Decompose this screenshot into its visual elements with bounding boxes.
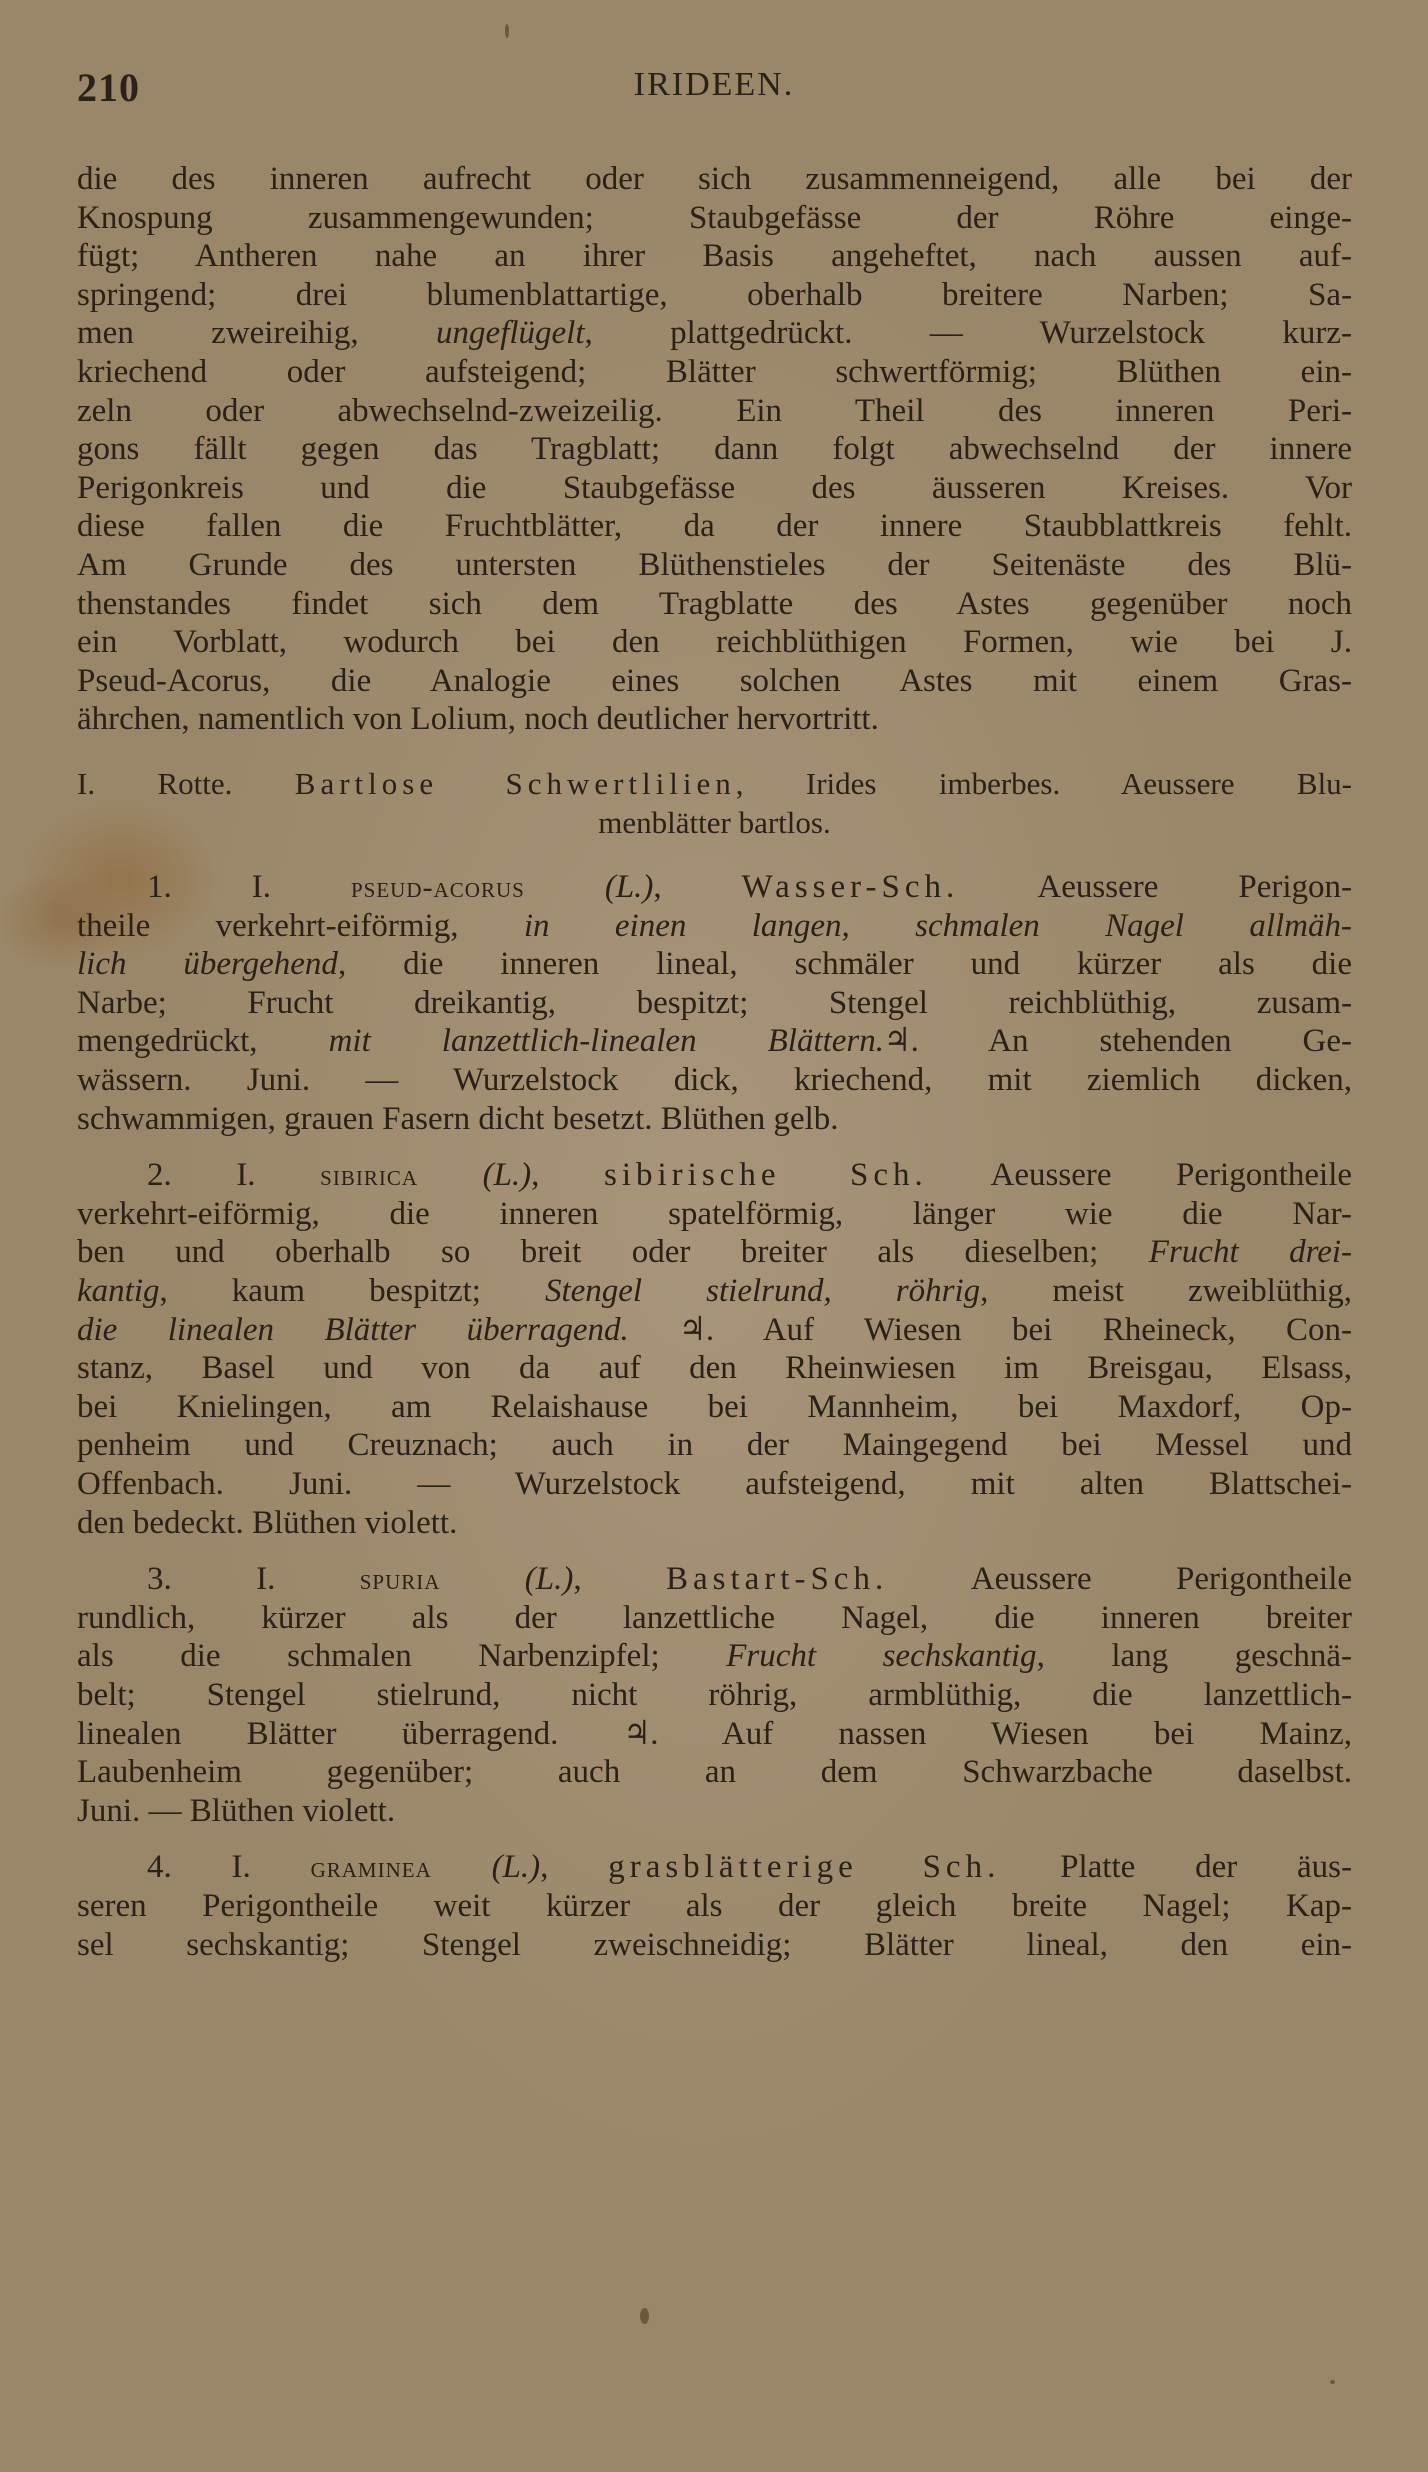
text-line: Offenbach. Juni. — Wurzelstock aufsteige…	[77, 1465, 1352, 1504]
text-line: kriechend oder aufsteigend; Blätter schw…	[77, 353, 1352, 392]
text-line: verkehrt-eiförmig, die inneren spatelför…	[77, 1195, 1352, 1234]
text-line: den bedeckt. Blüthen violett.	[77, 1504, 1352, 1543]
paper-speck	[640, 2308, 649, 2324]
text-line: springend; drei blumenblattartige, oberh…	[77, 276, 1352, 315]
text-line: menblätter bartlos.	[77, 804, 1352, 843]
species-heading-line: 1. I. pseud-acorus (L.), Wasser-Sch. Aeu…	[77, 868, 1352, 907]
spacer	[77, 1542, 1352, 1560]
species-name: spuria	[360, 1562, 441, 1596]
body-text: die des inneren aufrecht oder sich zusam…	[77, 160, 1352, 1964]
text-line: I. Rotte. Bartlose Schwertlilien, Irides…	[77, 765, 1352, 804]
text-line: stanz, Basel und von da auf den Rheinwie…	[77, 1349, 1352, 1388]
text-line: theile verkehrt-eiförmig, in einen lange…	[77, 907, 1352, 946]
text-line: ben und oberhalb so breit oder breiter a…	[77, 1233, 1352, 1272]
spacer	[77, 739, 1352, 765]
species-entry: 3. I. spuria (L.), Bastart-Sch. Aeussere…	[77, 1560, 1352, 1830]
text-line: sel sechskantig; Stengel zweischneidig; …	[77, 1926, 1352, 1965]
text-line: rundlich, kürzer als der lanzettliche Na…	[77, 1599, 1352, 1638]
species-entry: 1. I. pseud-acorus (L.), Wasser-Sch. Aeu…	[77, 868, 1352, 1138]
text-line: thenstandes findet sich dem Tragblatte d…	[77, 585, 1352, 624]
species-heading-line: 2. I. sibirica (L.), sibirische Sch. Aeu…	[77, 1156, 1352, 1195]
text-line: Am Grunde des untersten Blüthenstieles d…	[77, 546, 1352, 585]
text-line: die linealen Blätter überragend. ♃. Auf …	[77, 1311, 1352, 1350]
text-line: diese fallen die Fruchtblätter, da der i…	[77, 507, 1352, 546]
species-name: sibirica	[320, 1158, 418, 1192]
text-line: Laubenheim gegenüber; auch an dem Schwar…	[77, 1753, 1352, 1792]
text-line: zeln oder abwechselnd-zweizeilig. Ein Th…	[77, 392, 1352, 431]
text-line: Narbe; Frucht dreikantig, bespitzt; Sten…	[77, 984, 1352, 1023]
text-line: seren Perigontheile weit kürzer als der …	[77, 1887, 1352, 1926]
text-line: Perigonkreis und die Staubgefässe des äu…	[77, 469, 1352, 508]
text-line: kantig, kaum bespitzt; Stengel stielrund…	[77, 1272, 1352, 1311]
species-name: pseud-acorus	[351, 870, 525, 904]
spacer	[77, 1830, 1352, 1848]
running-head: 210 IRIDEEN.	[77, 64, 1351, 114]
species-entry: 4. I. graminea (L.), grasblätterige Sch.…	[77, 1848, 1352, 1964]
text-line: linealen Blätter überragend. ♃. Auf nass…	[77, 1715, 1352, 1754]
text-line: die des inneren aufrecht oder sich zusam…	[77, 160, 1352, 199]
text-line: mengedrückt, mit lanzettlich-linealen Bl…	[77, 1022, 1352, 1061]
text-line: Pseud-Acorus, die Analogie eines solchen…	[77, 662, 1352, 701]
species-heading-line: 3. I. spuria (L.), Bastart-Sch. Aeussere…	[77, 1560, 1352, 1599]
text-line: Knospung zusammengewunden; Staubgefässe …	[77, 199, 1352, 238]
paper-speck	[1330, 2380, 1335, 2384]
text-line: gons fällt gegen das Tragblatt; dann fol…	[77, 430, 1352, 469]
text-line: als die schmalen Narbenzipfel; Frucht se…	[77, 1637, 1352, 1676]
text-line: ährchen, namentlich von Lolium, noch deu…	[77, 700, 1352, 739]
text-line: schwammigen, grauen Fasern dicht besetzt…	[77, 1100, 1352, 1139]
text-line: lich übergehend, die inneren lineal, sch…	[77, 945, 1352, 984]
text-line: wässern. Juni. — Wurzelstock dick, kriec…	[77, 1061, 1352, 1100]
text-line: belt; Stengel stielrund, nicht röhrig, a…	[77, 1676, 1352, 1715]
intro-paragraph: die des inneren aufrecht oder sich zusam…	[77, 160, 1352, 739]
species-heading-line: 4. I. graminea (L.), grasblätterige Sch.…	[77, 1848, 1352, 1887]
species-name: graminea	[311, 1850, 432, 1884]
spacer	[77, 1138, 1352, 1156]
text-line: fügt; Antheren nahe an ihrer Basis angeh…	[77, 237, 1352, 276]
rotte-heading: I. Rotte. Bartlose Schwertlilien, Irides…	[77, 765, 1352, 842]
book-page: 210 IRIDEEN. die des inneren aufrecht od…	[0, 0, 1428, 2472]
section-title: IRIDEEN.	[77, 66, 1351, 104]
text-line: Juni. — Blüthen violett.	[77, 1792, 1352, 1831]
text-line: ein Vorblatt, wodurch bei den reichblüth…	[77, 623, 1352, 662]
text-line: men zweireihig, ungeflügelt, plattgedrüc…	[77, 314, 1352, 353]
spacer	[77, 842, 1352, 868]
text-line: bei Knielingen, am Relaishause bei Mannh…	[77, 1388, 1352, 1427]
text-line: penheim und Creuznach; auch in der Maing…	[77, 1426, 1352, 1465]
species-entry: 2. I. sibirica (L.), sibirische Sch. Aeu…	[77, 1156, 1352, 1542]
paper-speck	[505, 24, 509, 38]
perennial-symbol: ♃. An stehenden Ge-	[884, 1023, 1352, 1059]
